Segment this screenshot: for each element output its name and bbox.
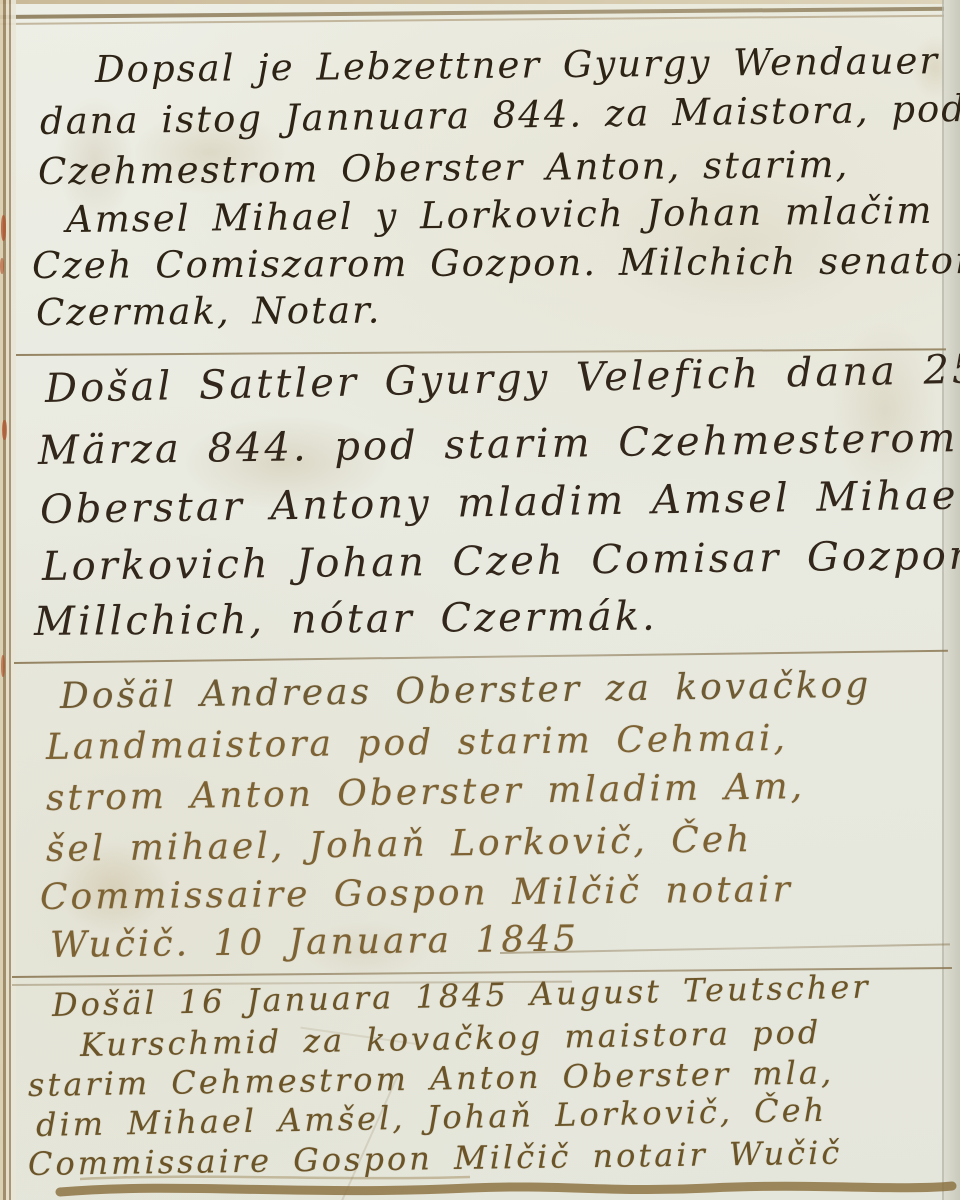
manuscript-line: Lorkovich Johan Czeh Comisar Gozpon [42,533,960,590]
manuscript-line: Czermak, Notar. [36,289,382,334]
red-ink-speck [1,215,6,241]
manuscript-line: Dopsal je Lebzettner Gyurgy Wendauer [95,39,939,91]
entry-separator-rule [12,967,952,978]
manuscript-line: dana istog Jannuara 844. za Maistora, po… [40,87,960,143]
page-edge-left [0,0,16,1200]
paper-stain [600,170,880,320]
manuscript-line: Millchich, nótar Czermák. [34,594,658,645]
red-ink-speck [2,420,7,440]
page-edge-top [0,0,960,4]
manuscript-line: šel mihael, Johaň Lorkovič, Čeh [46,819,753,870]
manuscript-line: Kurschmid za kovačkog maistora pod [80,1013,822,1064]
paper-stain [55,840,170,935]
manuscript-line: Wučič. 10 Januara 1845 [50,919,580,966]
page-edge-right-band [944,0,960,1200]
manuscript-line: Czehmestrom Oberster Anton, starim, [38,143,850,193]
entry-separator-rule [16,348,946,356]
ink-underline [500,943,950,954]
paper-stain [300,920,430,980]
manuscript-line: Märza 844. pod starim Czehmesterom [38,415,959,474]
manuscript-line: Došäl Andreas Oberster za kovačkog [60,665,872,717]
manuscript-line: Amsel Mihael y Lorkovich Johan mlačim [66,189,934,241]
manuscript-line: Czeh Comiszarom Gozpon. Milchich senator [32,239,960,287]
paper-stain [55,95,135,225]
manuscript-text: Došal Sattler Gyurgy Velefich dana 25 [45,346,960,412]
manuscript-line: Došal Sattler Gyurgy Velefich dana 25tog [45,345,960,412]
entry-separator-rule [14,650,948,664]
entry-separator-rule [12,981,572,986]
ink-flourish-line [0,1162,960,1200]
manuscript-line: dim Mihael Amšel, Johaň Lorkovič, Čeh [36,1091,828,1144]
manuscript-line: strom Anton Oberster mladim Am, [46,766,806,819]
paper-stain [830,320,940,500]
red-ink-speck [0,258,4,274]
manuscript-line: Landmaistora pod starim Cehmai, [46,718,788,768]
manuscript-line: Oberstar Antony mladim Amsel Mihael [40,472,960,533]
manuscript-line: starim Cehmestrom Anton Oberster mla, [28,1053,835,1104]
paper-stain [130,110,290,195]
paper-crease [300,1027,419,1045]
manuscript-line: Commissaire Gospon Milčič notair [40,869,793,918]
red-ink-speck [1,655,5,677]
paper-stain [180,415,390,510]
manuscript-page: Dopsal je Lebzettner Gyurgy Wendauer dan… [0,0,960,1200]
